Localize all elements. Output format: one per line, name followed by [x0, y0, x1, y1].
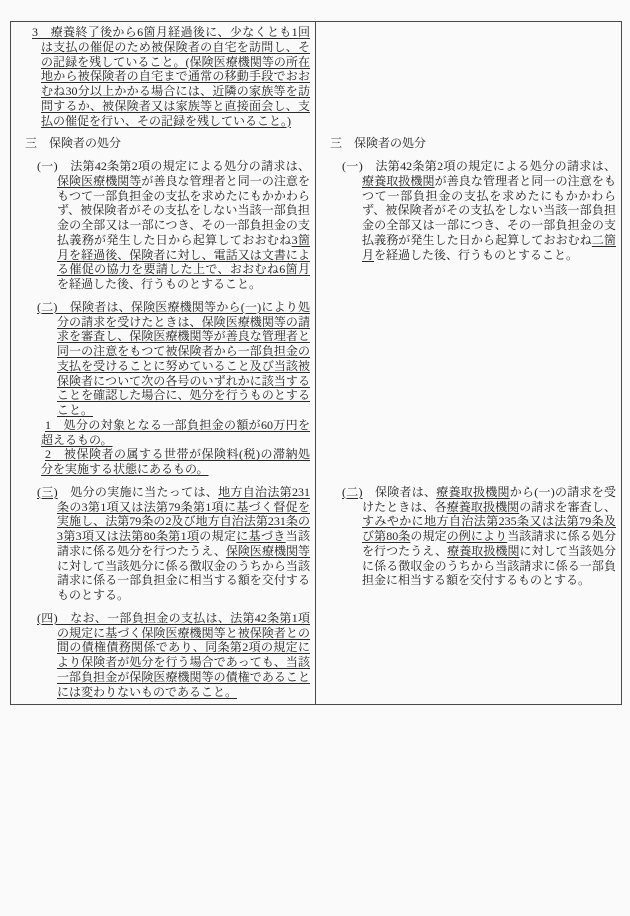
paragraph: 三 保険者の処分: [15, 136, 310, 151]
comparison-table: 3 療養終了後から6箇月経過後に、少なくとも1回は支払の催促のため被保険者の自宅…: [10, 21, 622, 705]
paragraph: (一) 法第42条第2項の規定による処分の請求は、保険医療機関等が善良な管理者と…: [15, 159, 310, 292]
table-cell-left-row6: (四) なお、一部負担金の支払は、法第42条第1項の規定に基づく保険医療機関等と…: [11, 608, 316, 705]
revision-underlined-text: 保険医療機関等: [226, 544, 310, 558]
paragraph: 2 被保険者の属する世帯が保険料(税)の滞納処分を実施する状態にあるもの。: [15, 447, 310, 477]
table-cell-left-row3: (一) 法第42条第2項の規定による処分の請求は、保険医療機関等が善良な管理者と…: [11, 156, 316, 297]
text-segment: の規定: [199, 529, 236, 543]
paragraph: (二) 保険者は、療養取扱機関から(一)の請求を受けたときは、各療養取扱機関の請…: [320, 485, 616, 588]
text-segment: 保険者は、: [363, 485, 437, 499]
revision-underlined-text: に基づき: [236, 529, 285, 543]
paragraph: (二) 保険者は、保険医療機関等から(一)により処分の請求を受けたときは、保険医…: [15, 300, 310, 418]
revision-underlined-text: 療養取扱機関: [447, 500, 520, 514]
table-cell-left-row5: (三) 処分の実施に当たっては、地方自治法第231条の3第1項又は法第79条第1…: [11, 482, 316, 608]
paragraph: 三 保険者の処分: [320, 136, 616, 151]
revision-underlined-text: の例により: [447, 529, 508, 543]
revision-underlined-text: 療養取扱機関: [362, 174, 435, 188]
paragraph: 1 処分の対象となる一部負担金の額が60万円を超えるもの。: [15, 418, 310, 448]
text-segment: に対して当該処分に係る徴収金のうちから当該請求に係る一部負担金に相当する額を交付…: [57, 559, 310, 603]
text-segment: 処分の実施に当たっては、: [58, 485, 218, 499]
revision-underlined-text: 療養取扱機関: [436, 485, 510, 499]
table-cell-left-row2: 三 保険者の処分: [11, 133, 316, 156]
text-segment: を経過した後、行うものとすること。: [374, 248, 578, 262]
paragraph: (四) なお、一部負担金の支払は、法第42条第1項の規定に基づく保険医療機関等と…: [15, 611, 310, 700]
revision-underlined-text: (三): [37, 485, 58, 499]
paragraph: (一) 法第42条第2項の規定による処分の請求は、療養取扱機関が善良な管理者と同…: [320, 159, 616, 262]
text-segment: 三 保険者の処分: [25, 136, 121, 150]
revision-underlined-text: (四) なお、一部負担金の支払は、法第42条第1項の規定に基づく保険医療機関等と…: [37, 611, 310, 699]
text-segment: (一) 法第42条第2項の規定による処分の請求は、: [37, 159, 310, 173]
paragraph: (三) 処分の実施に当たっては、地方自治法第231条の3第1項又は法第79条第1…: [15, 485, 310, 603]
document-page: 3 療養終了後から6箇月経過後に、少なくとも1回は支払の催促のため被保険者の自宅…: [0, 0, 630, 916]
table-cell-right-row3: (一) 法第42条第2項の規定による処分の請求は、療養取扱機関が善良な管理者と同…: [316, 156, 621, 297]
revision-underlined-text: (二) 保険者は、保険医療機関等から(一)により処分の請求を受けたときは、保険医…: [37, 300, 310, 417]
table-cell-left-row1: 3 療養終了後から6箇月経過後に、少なくとも1回は支払の催促のため被保険者の自宅…: [11, 22, 316, 133]
table-cell-right-row4: [316, 297, 621, 482]
table-cell-right-row5: (二) 保険者は、療養取扱機関から(一)の請求を受けたときは、各療養取扱機関の請…: [316, 482, 621, 608]
revision-underlined-text: 2 被保険者の属する世帯が保険料(税)の滞納処分を実施する状態にあるもの。: [41, 447, 310, 476]
text-segment: を経過した後、行うものとすること。: [57, 277, 261, 291]
text-segment: 三 保険者の処分: [330, 136, 426, 150]
text-segment: (一) 法第42条第2項の規定による処分の請求は、: [342, 159, 616, 173]
text-segment: の規定: [410, 529, 446, 543]
revision-underlined-text: (二): [342, 485, 363, 499]
table-cell-right-row1: [316, 22, 621, 133]
table-cell-left-row4: (二) 保険者は、保険医療機関等から(一)により処分の請求を受けたときは、保険医…: [11, 297, 316, 482]
revision-underlined-text: 3 療養終了後から6箇月経過後に、少なくとも1回は支払の催促のため被保険者の自宅…: [32, 25, 310, 128]
revision-underlined-text: 保険医療機関等: [57, 174, 141, 188]
paragraph: 3 療養終了後から6箇月経過後に、少なくとも1回は支払の催促のため被保険者の自宅…: [15, 25, 310, 128]
text-segment: の請求を審査し、: [519, 500, 616, 514]
revision-underlined-text: 1 処分の対象となる一部負担金の額が60万円を超えるもの。: [41, 418, 310, 447]
revision-underlined-text: 療養取扱機関: [447, 544, 519, 558]
table-cell-right-row6: [316, 608, 621, 705]
table-cell-right-row2: 三 保険者の処分: [316, 133, 621, 156]
